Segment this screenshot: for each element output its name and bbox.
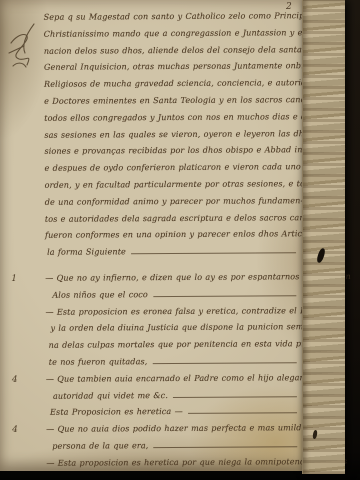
manuscript-line: persona de la que era, bbox=[46, 439, 300, 457]
manuscript-line: e despues de oydo conferieron platicaron… bbox=[45, 161, 299, 179]
manuscript-line: autoridad qui videt me &c. bbox=[46, 389, 300, 407]
page-deckle-edge bbox=[302, 0, 345, 474]
manuscript-page: 2 Sepa q su Magestad con santo y Catholi… bbox=[0, 0, 306, 471]
manuscript-line-text: Esta Proposicion es heretica — bbox=[50, 406, 183, 417]
manuscript-line-text: todos ellos congregados y Juntos con nos… bbox=[44, 111, 325, 123]
manuscript-line: — Esta proposicion es eronea falsa y ere… bbox=[45, 305, 299, 323]
manuscript-line: Sepa q su Magestad con santo y Catholico… bbox=[44, 10, 298, 28]
manuscript-line-text: Alos niños que el coco bbox=[52, 289, 148, 300]
manuscript-line: e Doctores eminentes en Santa Teologia y… bbox=[44, 94, 298, 112]
manuscript-line: orden, y en facultad particularmente por… bbox=[45, 178, 299, 196]
scribal-rule bbox=[152, 362, 296, 364]
manuscript-line-text: de una conformidad animo y parecer por m… bbox=[45, 195, 304, 207]
manuscript-line: la forma Siguiente bbox=[45, 245, 299, 263]
manuscript-line: 1 — Que no ay infierno, e dizen que lo a… bbox=[45, 271, 299, 289]
manuscript-line: y la orden dela diuina Justicia que disp… bbox=[45, 322, 299, 340]
manuscript-photo: 2 Sepa q su Magestad con santo y Catholi… bbox=[0, 0, 360, 480]
manuscript-line: nacion delos suso dhos, aliende delos de… bbox=[44, 44, 298, 62]
manuscript-line-text: fueron conformes en una opinion y parece… bbox=[45, 228, 333, 240]
deckle-tear-mark bbox=[312, 430, 318, 440]
manuscript-line-text: — Que no auia dios podido hazer mas perf… bbox=[46, 422, 325, 434]
manuscript-line: sas sesiones en las quales se vieron, oy… bbox=[44, 128, 298, 146]
manuscript-line: 4 — Que tambien auia encarnado el Padre … bbox=[46, 372, 300, 390]
margin-article-number: 4 bbox=[12, 425, 18, 435]
manuscript-line-text: nacion delos suso dhos, aliende delos de… bbox=[44, 44, 310, 56]
manuscript-line: Alos niños que el coco bbox=[45, 288, 299, 306]
manuscript-line-text: la forma Siguiente bbox=[47, 246, 126, 256]
margin-article-number: 4 bbox=[12, 375, 18, 385]
manuscript-line: — Esta proposicion es heretica por que n… bbox=[46, 456, 300, 474]
scribal-rule bbox=[173, 396, 297, 398]
manuscript-line: todos ellos congregados y Juntos con nos… bbox=[44, 111, 298, 129]
manuscript-line: tos e autoridades dela sagrada escriptur… bbox=[45, 212, 299, 230]
manuscript-line-text: e Doctores eminentes en Santa Teologia y… bbox=[44, 94, 330, 106]
manuscript-line-text: sas sesiones en las quales se vieron, oy… bbox=[44, 128, 342, 140]
manuscript-line-text: autoridad qui videt me &c. bbox=[53, 390, 168, 401]
manuscript-line: General Inquisicion, otras muchas person… bbox=[44, 61, 298, 79]
manuscript-line-text: orden, y en facultad particularmente por… bbox=[45, 178, 320, 190]
manuscript-line-text: persona de la que era, bbox=[52, 440, 148, 451]
manuscript-line-text: te nos fueron quitadas, bbox=[49, 356, 148, 367]
manuscript-line: 4 — Que no auia dios podido hazer mas pe… bbox=[46, 422, 300, 440]
scribal-rule bbox=[153, 295, 296, 297]
manuscript-text: Sepa q su Magestad con santo y Catholico… bbox=[44, 10, 301, 474]
manuscript-line: te nos fueron quitadas, bbox=[46, 355, 300, 373]
manuscript-line: de una conformidad animo y parecer por m… bbox=[45, 195, 299, 213]
manuscript-line-text: Sepa q su Magestad con santo y Catholico… bbox=[44, 10, 310, 22]
manuscript-line-text: General Inquisicion, otras muchas person… bbox=[44, 61, 314, 73]
margin-article-number: 1 bbox=[11, 274, 17, 284]
manuscript-line-text: Religiosos de mucha gravedad sciencia, c… bbox=[44, 77, 317, 89]
manuscript-line: siones e provanças recibidas por los dho… bbox=[44, 145, 298, 163]
manuscript-line-text: na delas culpas mortales que por peniten… bbox=[49, 338, 328, 350]
manuscript-line-text: y la orden dela diuina Justicia que disp… bbox=[50, 321, 326, 333]
manuscript-line-text: Christianissimo mando que a congregassio… bbox=[44, 27, 326, 39]
scribal-rule bbox=[153, 446, 297, 448]
manuscript-line: fueron conformes en una opinion y parece… bbox=[45, 229, 299, 247]
ink-flourish-icon bbox=[5, 22, 47, 76]
manuscript-line: na delas culpas mortales que por peniten… bbox=[46, 338, 300, 356]
manuscript-line-text: e despues de oydo conferieron platicaron… bbox=[45, 161, 332, 173]
manuscript-line-text: — Esta proposicion es eronea falsa y ere… bbox=[45, 305, 342, 317]
manuscript-line-text: — Que tambien auia encarnado el Padre co… bbox=[46, 372, 326, 384]
manuscript-line-text: siones e provanças recibidas por los dho… bbox=[44, 144, 346, 156]
manuscript-line: Christianissimo mando que a congregassio… bbox=[44, 27, 298, 45]
scribal-rule bbox=[131, 252, 296, 254]
deckle-tear-mark bbox=[316, 247, 326, 263]
manuscript-line-text: tos e autoridades dela sagrada escriptur… bbox=[45, 212, 324, 224]
manuscript-line: Esta Proposicion es heretica — bbox=[46, 406, 300, 424]
manuscript-line: Religiosos de mucha gravedad sciencia, c… bbox=[44, 77, 298, 95]
scribal-rule bbox=[188, 413, 297, 415]
